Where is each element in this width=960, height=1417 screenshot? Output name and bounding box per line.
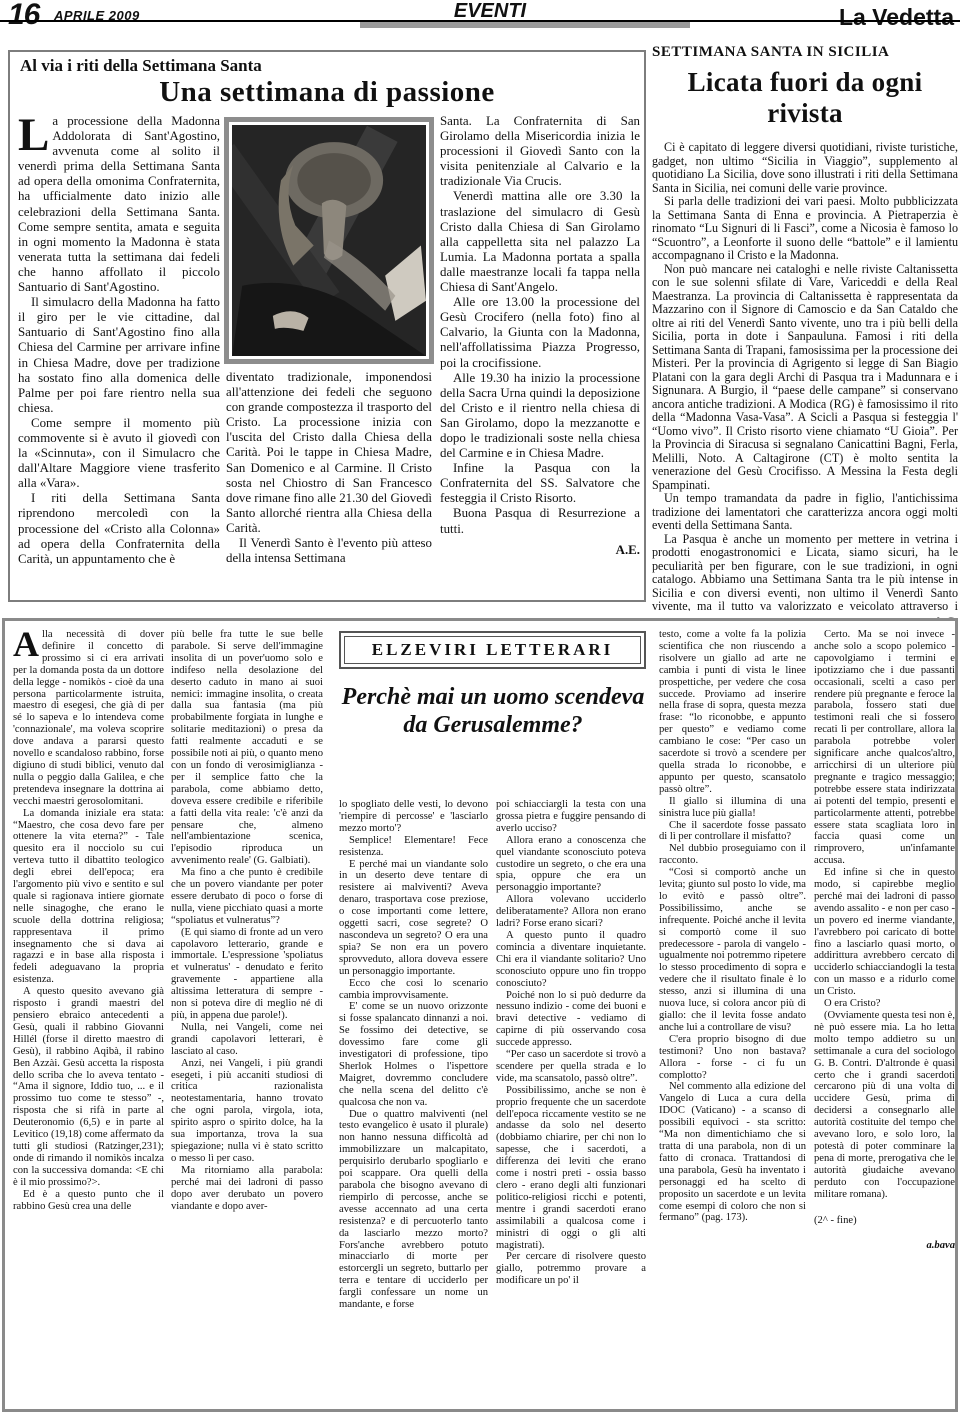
elzeviri-dropcap: A xyxy=(13,629,42,659)
main-article-headline: Una settimana di passione xyxy=(10,76,644,109)
sicilia-article: SETTIMANA SANTA IN SICILIA Licata fuori … xyxy=(652,44,958,604)
elzeviri-column-4: poi schiacciargli la testa con una gross… xyxy=(496,799,646,1403)
newspaper-page: 16 APRILE 2009 EVENTI La Vedetta Al via … xyxy=(0,0,960,1417)
elzeviri-column-2: più belle fra tutte le sue belle parabol… xyxy=(171,629,323,1403)
elzeviri-title-box-inner: ELZEVIRI LETTERARI xyxy=(344,636,641,664)
sicilia-article-body: Ci è capitato di leggere diversi quotidi… xyxy=(652,141,958,611)
main-dropcap: L xyxy=(18,114,52,154)
page-header: 16 APRILE 2009 EVENTI La Vedetta xyxy=(0,0,960,40)
elzeviri-lead-paragraph: Alla necessità di dover definire il conc… xyxy=(13,629,164,808)
elzeviri-column-5: testo, come a volte fa la polizia scient… xyxy=(659,629,806,1403)
elzeviri-signature: a.bava xyxy=(814,1240,955,1252)
elzeviri-section: ELZEVIRI LETTERARI Perchè mai un uomo sc… xyxy=(2,618,958,1412)
elzeviri-column6-paragraphs: Certo. Ma se noi invece - anche solo a s… xyxy=(814,629,955,1201)
elzeviri-ending-note: (2^ - fine) xyxy=(814,1215,955,1227)
elzeviri-headline: Perchè mai un uomo scendeva da Gerusalem… xyxy=(331,683,655,739)
elzeviri-title-box: ELZEVIRI LETTERARI xyxy=(339,631,646,669)
main-column1-paragraphs: Il simulacro della Madonna ha fatto il g… xyxy=(18,295,220,567)
sicilia-article-headline: Licata fuori da ogni rivista xyxy=(652,67,958,129)
christ-photo xyxy=(224,117,434,364)
main-article-column-3: Santa. La Confraternita di San Girolamo … xyxy=(440,114,640,596)
christ-photo-image xyxy=(232,125,426,356)
elzeviri-title: ELZEVIRI LETTERARI xyxy=(372,640,614,660)
main-article: Al via i riti della Settimana Santa Una … xyxy=(8,50,646,602)
header-gray-bar xyxy=(360,22,690,28)
main-article-column-1: La processione della Madonna Addolorata … xyxy=(18,114,220,596)
main-article-signature: A.E. xyxy=(440,543,640,558)
elzeviri-column-1: Alla necessità di dover definire il conc… xyxy=(13,629,164,1403)
christ-photo-inner-frame xyxy=(229,122,429,359)
sicilia-article-kicker: SETTIMANA SANTA IN SICILIA xyxy=(652,44,958,61)
page-number: 16 xyxy=(8,0,39,32)
masthead-title: La Vedetta xyxy=(839,4,954,31)
main-article-column-2: diventato tradizionale, imponendosi all'… xyxy=(226,370,432,596)
elzeviri-column-3: lo spogliato delle vesti, lo devono 'rie… xyxy=(339,799,488,1403)
elzeviri-column1-paragraphs: La domanda iniziale era stata: “Maestro,… xyxy=(13,808,164,1213)
elzeviri-column-6: Certo. Ma se noi invece - anche solo a s… xyxy=(814,629,955,1403)
main-column3-paragraphs: Santa. La Confraternita di San Girolamo … xyxy=(440,114,640,537)
main-article-kicker: Al via i riti della Settimana Santa xyxy=(20,56,262,76)
main-article-lead-paragraph: La processione della Madonna Addolorata … xyxy=(18,114,220,295)
